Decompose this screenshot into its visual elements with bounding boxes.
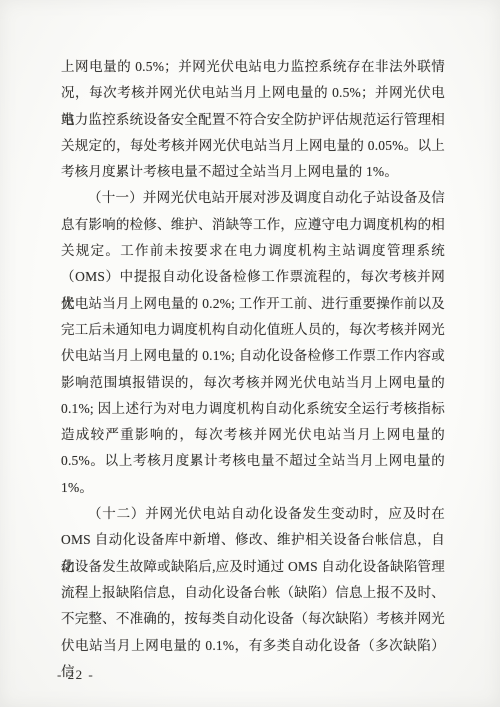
text-line: 造成较严重影响的，每次考核并网光伏电站当月上网电量的 (61, 422, 445, 448)
text-line: 完工后未通知电力调度机构自动化值班人员的，每次考核并网光 (61, 317, 445, 343)
document-body: 上网电量的 0.5%；并网光伏电站电力监控系统存在非法外联情况，每次考核并网光伏… (61, 54, 445, 659)
text-line: （十二）并网光伏电站自动化设备发生变动时，应及时在 (61, 501, 445, 527)
text-line: 不完整、不准确的，按每类自动化设备（每次缺陷）考核并网光 (61, 606, 445, 632)
document-page: 上网电量的 0.5%；并网光伏电站电力监控系统存在非法外联情况，每次考核并网光伏… (0, 0, 500, 707)
text-line: 流程上报缺陷信息，自动化设备台帐（缺陷）信息上报不及时、 (61, 580, 445, 606)
text-line: （十一）并网光伏电站开展对涉及调度自动化子站设备及信 (61, 185, 445, 211)
text-line: 上网电量的 0.5%；并网光伏电站电力监控系统存在非法外联情 (61, 54, 445, 80)
text-line: OMS 自动化设备库中新增、修改、维护相关设备台帐信息，自动 (61, 527, 445, 553)
text-line: 电力监控系统设备安全配置不符合安全防护评估规范运行管理相 (61, 107, 445, 133)
text-line: 1%。 (61, 475, 445, 501)
text-line: 伏电站当月上网电量的 0.1%; 自动化设备检修工作票工作内容或 (61, 343, 445, 369)
text-line: 0.5%。以上考核月度累计考核电量不超过全站当月上网电量的 (61, 448, 445, 474)
page-number: - 22 - (57, 666, 94, 683)
text-line: 息有影响的检修、维护、消缺等工作，应遵守电力调度机构的相 (61, 212, 445, 238)
text-line: （OMS）中提报自动化设备检修工作票流程的，每次考核并网光 (61, 264, 445, 290)
text-line: 0.1%; 因上述行为对电力调度机构自动化系统安全运行考核指标 (61, 396, 445, 422)
text-line: 况，每次考核并网光伏电站当月上网电量的 0.5%；并网光伏电站 (61, 80, 445, 106)
text-line: 考核月度累计考核电量不超过全站当月上网电量的 1%。 (61, 159, 445, 185)
text-line: 关规定的，每处考核并网光伏电站当月上网电量的 0.05%。以上 (61, 133, 445, 159)
text-line: 关规定。工作前未按要求在电力调度机构主站调度管理系统 (61, 238, 445, 264)
text-line: 伏电站当月上网电量的 0.1%，有多类自动化设备（多次缺陷）信 (61, 633, 445, 659)
text-line: 影响范围填报错误的，每次考核并网光伏电站当月上网电量的 (61, 370, 445, 396)
text-line: 化设备发生故障或缺陷后,应及时通过 OMS 自动化设备缺陷管理 (61, 554, 445, 580)
text-line: 伏电站当月上网电量的 0.2%; 工作开工前、进行重要操作前以及 (61, 291, 445, 317)
